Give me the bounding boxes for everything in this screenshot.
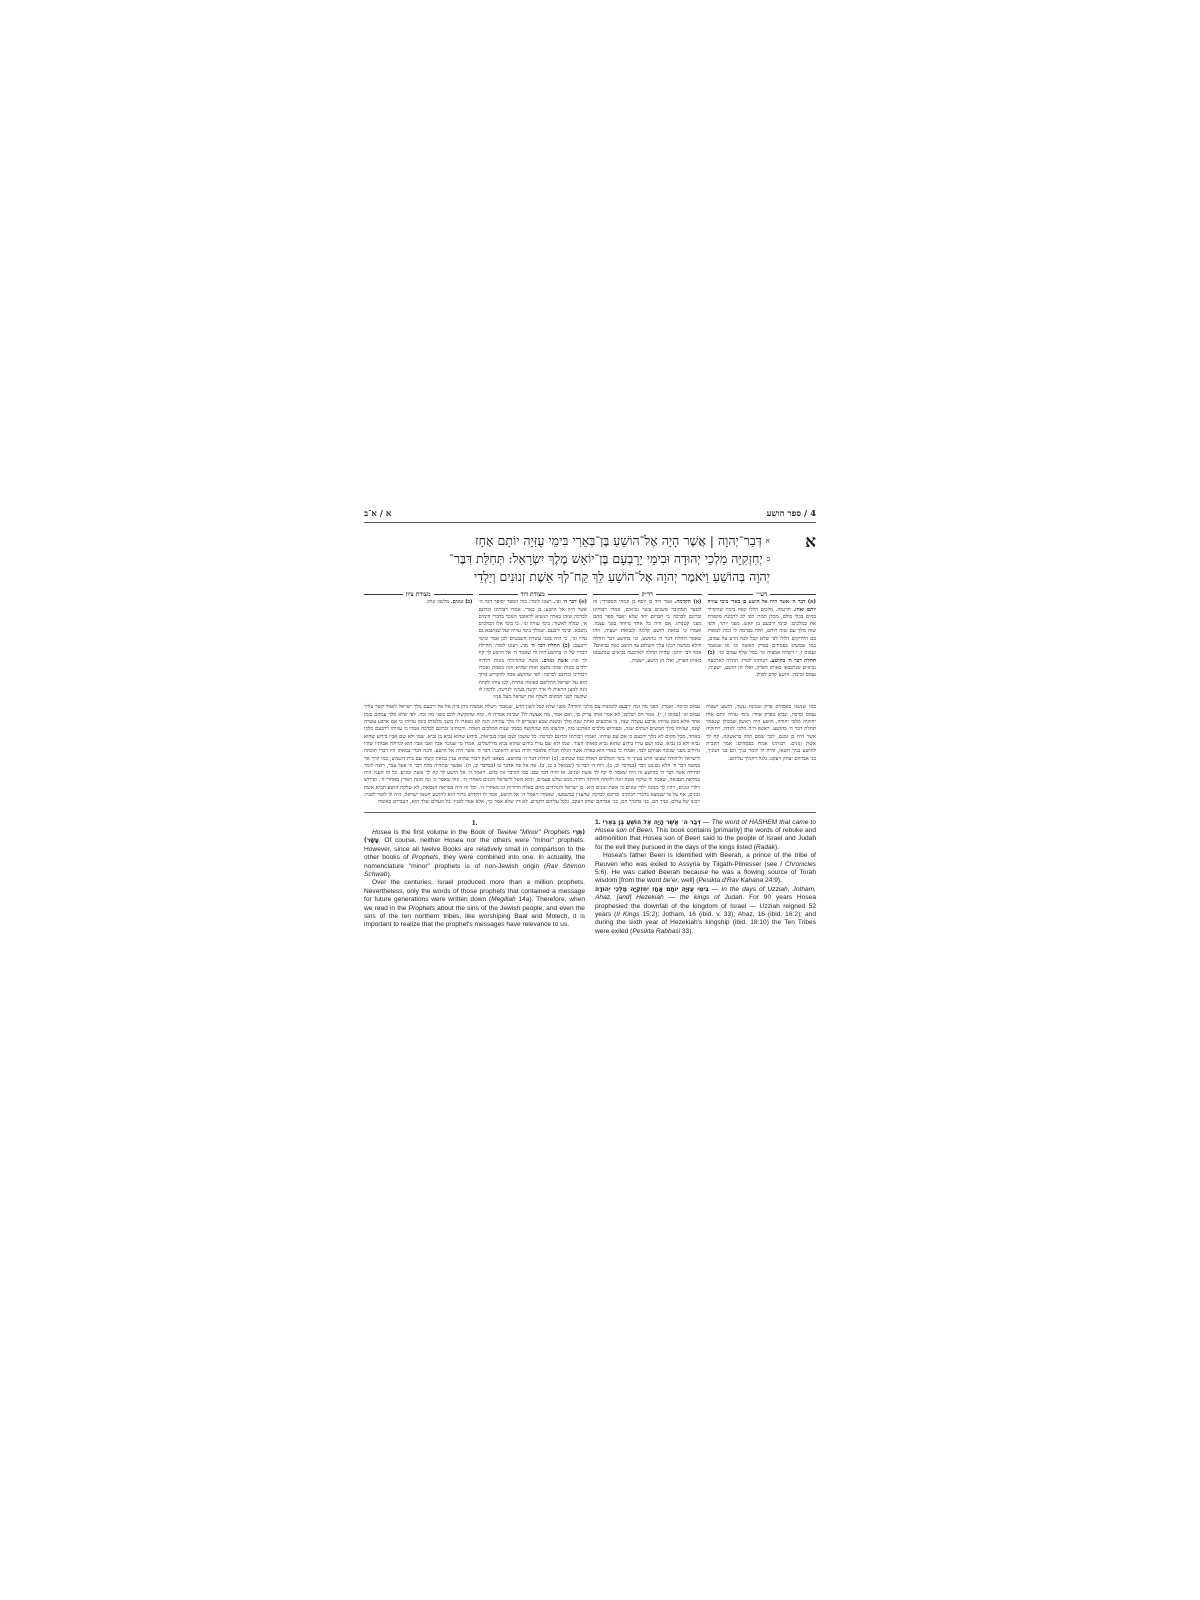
verse-number-1: א — [766, 537, 770, 545]
section-divider — [364, 812, 816, 813]
verse-line-1: אדְּבַר־יְהוָה | אֲשֶׁר הָיָה אֶל־הוֹשֵׁ… — [364, 532, 770, 550]
scripture-text: אדְּבַר־יְהוָה | אֲשֶׁר הָיָה אֶל־הוֹשֵׁ… — [364, 532, 786, 585]
english-intro-column: 1. Hosea is the first volume in the Book… — [364, 819, 585, 937]
radak-heading: רד״ק — [593, 591, 702, 598]
commentary-continued: כמו שנשנו בפסחים פרק שמונה עשר, הושע ישע… — [364, 704, 816, 806]
translation-paragraph-3: בִּימֵי עֻזִּיָּה יוֹתָם אָחָז יְחִזְקִי… — [595, 886, 816, 936]
intro-paragraph-2: Over the centuries, Israel produced more… — [364, 879, 585, 929]
note-number: 1. — [364, 819, 585, 827]
commentary-columns: רש״י (א) דבר ה׳ אשר היה אל הושע בן בארי … — [364, 591, 816, 701]
chapter-verse-ref: א / א־ב — [364, 508, 391, 519]
rashi-continued: כמו שנשנו בפסחים פרק שמונה עשר, הושע ישע… — [706, 704, 816, 806]
metzudat-zion-column: מצודת ציון (ב) זנונים. מלשון זנות: — [364, 591, 473, 701]
chapter-number: א — [786, 532, 816, 585]
english-notes: 1. Hosea is the first volume in the Book… — [364, 819, 816, 937]
radak-continued-wide: עמוס ומיכה. ואמרו, מפני מה זכה ירבעם להמ… — [364, 704, 700, 806]
metzudat-david-heading: מצודת דוד — [479, 591, 588, 598]
book-page: א / א־ב 4 / ספר הושע א אדְּבַר־יְהוָה | … — [364, 508, 816, 936]
scripture-verse-block: א אדְּבַר־יְהוָה | אֲשֶׁר הָיָה אֶל־הוֹש… — [364, 532, 816, 585]
page-number-book-title: 4 / ספר הושע — [767, 508, 816, 519]
rashi-heading: רש״י — [708, 591, 817, 598]
translation-paragraph-1: 1. דְּבַר ה׳ אֲשֶׁר הָיָה אֶל הוֹשֵׁעַ ב… — [595, 819, 816, 853]
rashi-column: רש״י (א) דבר ה׳ אשר היה אל הושע בן בארי … — [708, 591, 817, 701]
verse-line-3: יְהוָה בְּהוֹשֵׁעַ וַיֹּאמֶר יְהוָה אֶל־… — [364, 568, 770, 585]
metzudat-zion-heading: מצודת ציון — [364, 591, 473, 598]
english-translation-column: 1. דְּבַר ה׳ אֲשֶׁר הָיָה אֶל הוֹשֵׁעַ ב… — [595, 819, 816, 937]
radak-column: רד״ק (א) הקדמה. אמר דוד בן יוסף בן קמחי … — [593, 591, 702, 701]
metzudat-david-column: מצודת דוד (א) דבר ה׳ וגו׳. רצונו לומר: ב… — [479, 591, 588, 701]
verse-line-2: ביְחִזְקִיָּה מַלְכֵי יְהוּדָה וּבִימֵי … — [364, 550, 770, 568]
intro-paragraph-1: Hosea is the first volume in the Book of… — [364, 829, 585, 879]
verse-number-2: ב — [767, 555, 770, 563]
running-head: א / א־ב 4 / ספר הושע — [364, 508, 816, 523]
translation-paragraph-2: Hosea's father Beeri is identified with … — [595, 852, 816, 886]
